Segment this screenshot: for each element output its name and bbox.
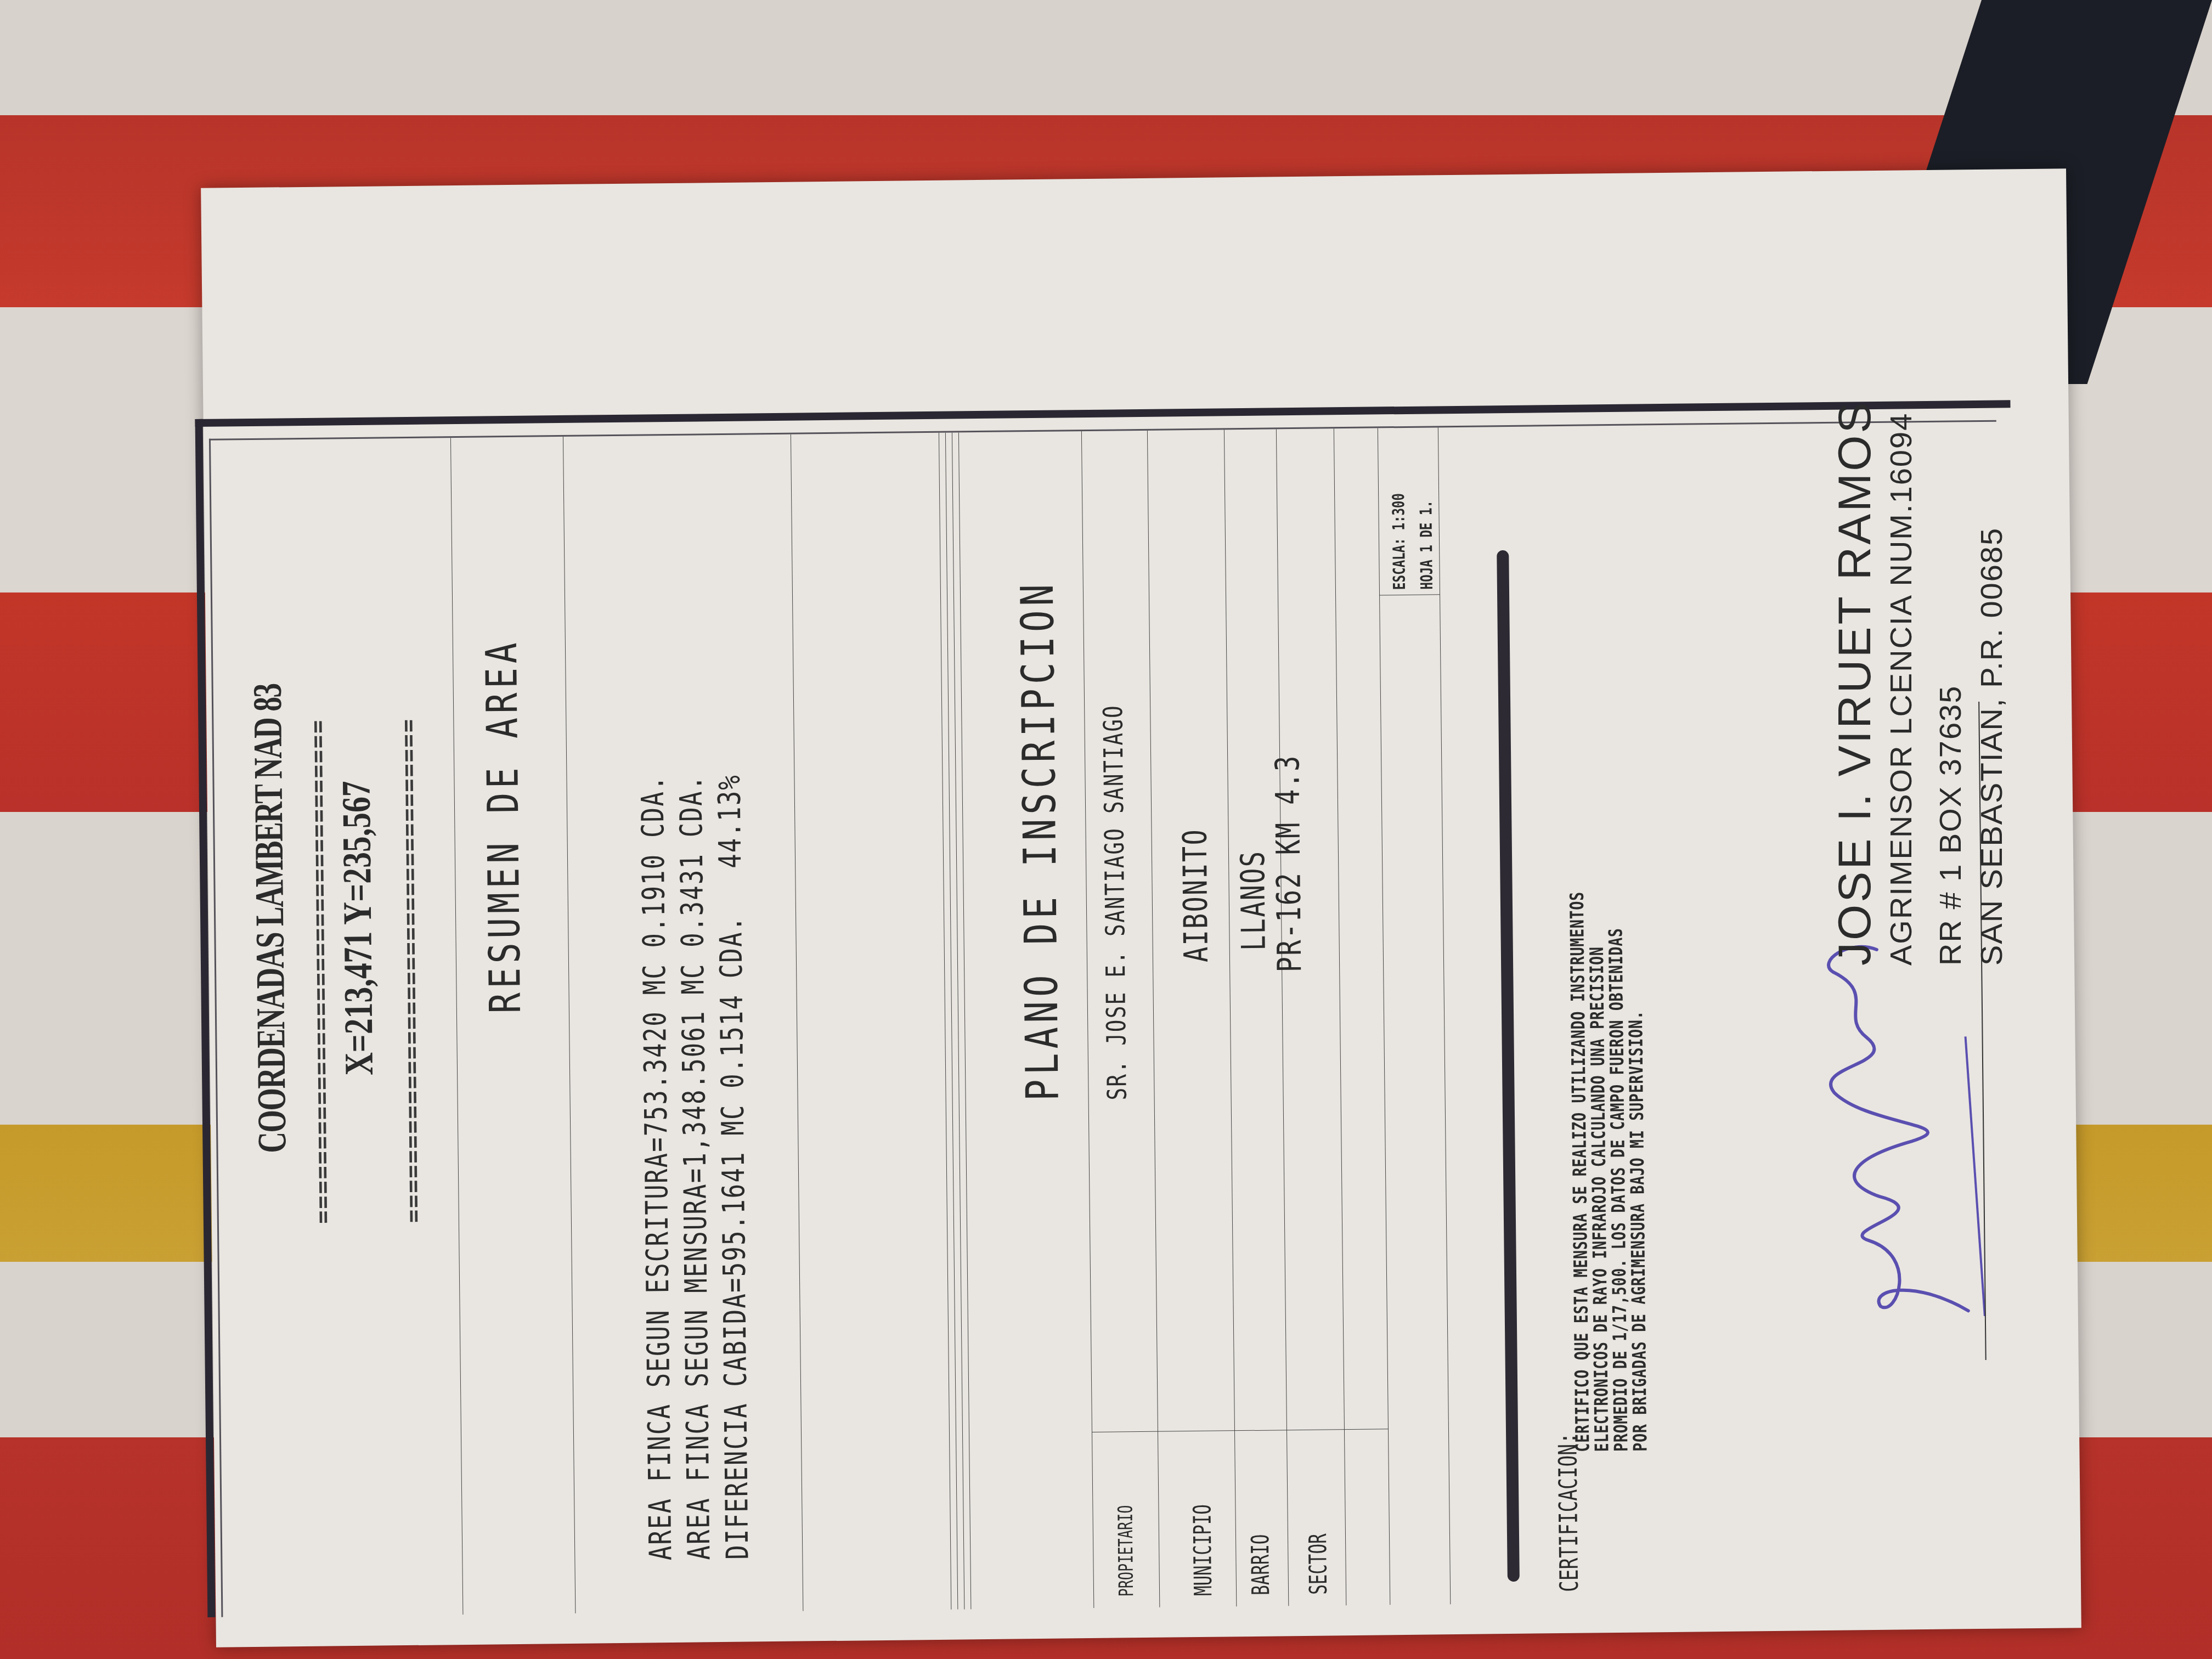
certification-line-4: POR BRIGADAS DE AGRIMENSURA BAJO MI SUPE… [1625,1011,1651,1452]
coordinates-title: COORDENADAS LAMBERT NAD 83 [245,684,296,1153]
value-municipio: AIBONITO [1176,828,1216,962]
label-municipio: MUNICIPIO [1188,1504,1217,1596]
surveyor-address-2: SAN SEBASTIAN, P.R. 00685 [1972,400,2011,966]
value-sector: PR-162 KM 4.3 [1268,754,1309,972]
value-barrio: LLANOS [1234,850,1273,951]
surveyor-address-1: RR # 1 BOX 37635 [1928,400,1972,966]
certification-heading: CERTIFICACION: [1553,1432,1584,1592]
surveyor-license: AGRIMENSOR LCENCIA NUM.16094 [1879,400,1923,966]
coordinates-xy: X=213,471 Y=235,567 [333,781,383,1075]
label-barrio: BARRIO [1246,1534,1275,1595]
sheet-number: HOJA 1 DE 1. [1417,500,1437,590]
surveyor-details: JOSE I. VIRUET RAMOS AGRIMENSOR LCENCIA … [1830,400,2011,966]
area-summary-heading: RESUMEN DE AREA [477,638,531,1013]
separator-top: ================================== [305,719,336,1224]
value-propietario: SR. JOSE E. SANTIAGO SANTIAGO [1098,704,1133,1101]
signature-handwritten [1799,927,2001,1324]
label-propietario: PROPIETARIO [1114,1505,1138,1596]
scale-label: ESCALA: 1:300 [1389,493,1409,590]
surveyor-name-text: JOSE I. VIRUET RAMOS [1830,400,1879,966]
survey-document-paper: COORDENADAS LAMBERT NAD 83 =============… [201,168,2081,1647]
label-sector: SECTOR [1304,1533,1333,1595]
plan-title: PLANO DE INSCRIPCION [1012,580,1069,1102]
separator-bottom: ================================== [396,718,426,1223]
document-sheet: COORDENADAS LAMBERT NAD 83 =============… [201,168,2081,1647]
